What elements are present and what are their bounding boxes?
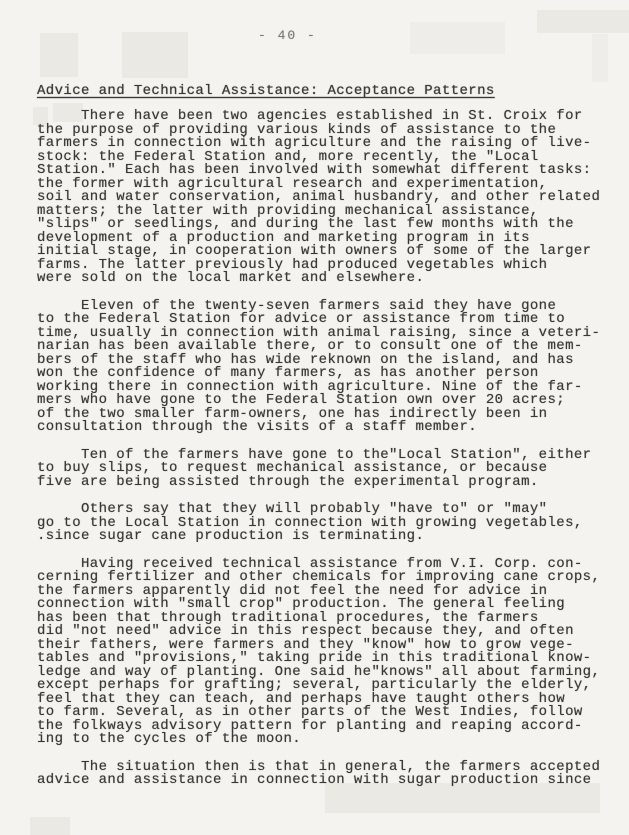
scan-artifact: [30, 817, 70, 835]
paragraph-local-station-visits: Ten of the farmers have gone to the"Loca…: [37, 449, 600, 490]
scan-artifact: [122, 32, 188, 78]
paragraph-vi-corp-assistance: Having received technical assistance fro…: [37, 558, 600, 747]
scan-artifact: [592, 34, 608, 82]
section-heading: Advice and Technical Assistance: Accepta…: [37, 83, 495, 99]
paragraph-others-may-go: Others say that they will probably "have…: [37, 503, 600, 544]
paragraph-agencies-overview: There have been two agencies established…: [37, 110, 600, 286]
paragraph-situation-summary: The situation then is that in general, t…: [37, 761, 600, 788]
paragraph-federal-station-visits: Eleven of the twenty-seven farmers said …: [37, 300, 600, 435]
scan-artifact: [410, 22, 505, 54]
scanned-document-page: - 40 - Advice and Technical Assistance: …: [0, 0, 629, 835]
page-number: - 40 -: [258, 28, 317, 43]
scan-artifact: [40, 33, 78, 77]
page-body: There have been two agencies established…: [37, 110, 600, 802]
scan-artifact: [537, 10, 629, 33]
